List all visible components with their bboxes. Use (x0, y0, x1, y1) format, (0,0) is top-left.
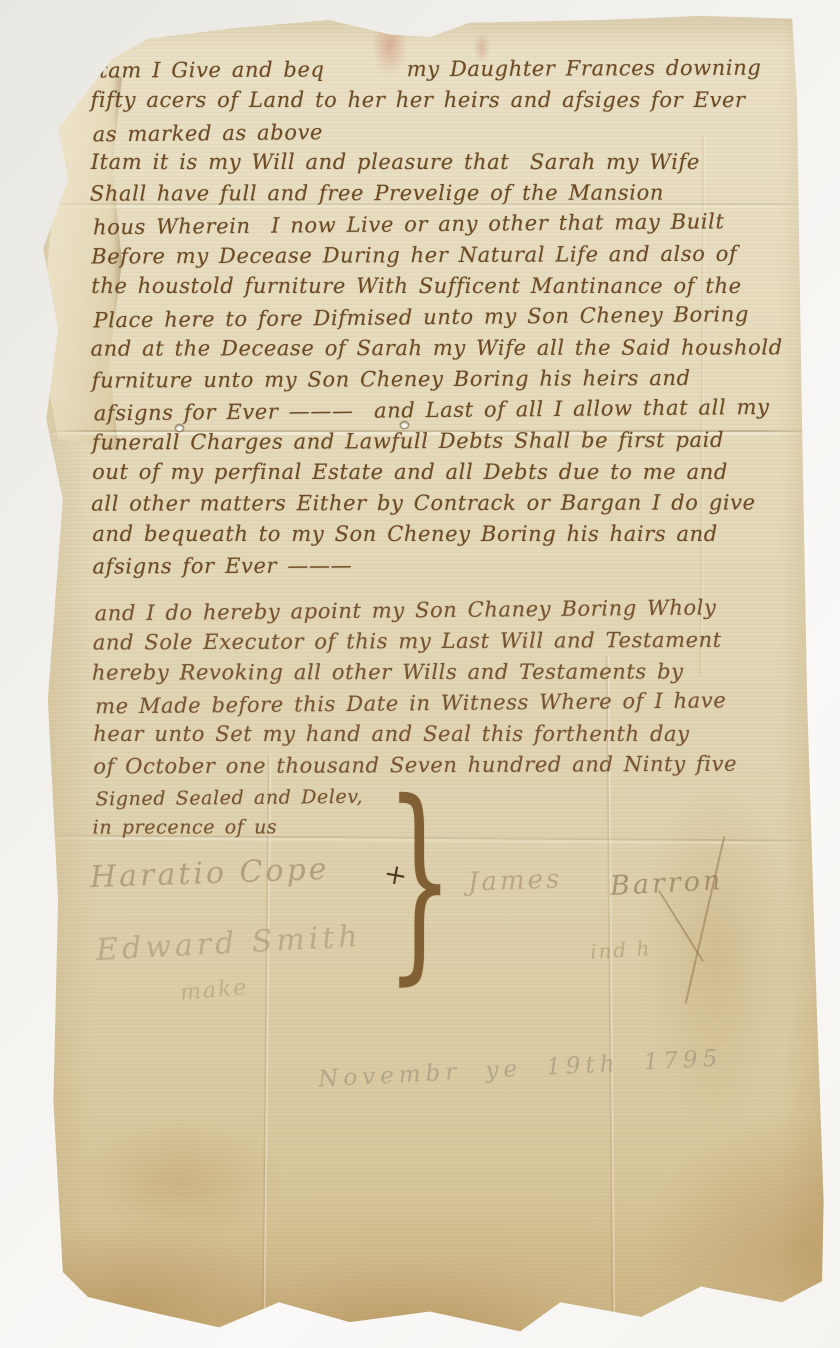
manuscript-line: afsigns for Ever ——— and Last of all I a… (94, 392, 800, 430)
docket-date-line: Novembr ye 19th 1795 (318, 1045, 723, 1092)
manuscript-line: as marked as above (92, 113, 798, 151)
manuscript-line: Itam I Give and beq my Daughter Frances … (90, 52, 796, 86)
manuscript-line: me Made before this Date in Witness Wher… (95, 685, 801, 723)
signature-first-name: James (468, 864, 563, 897)
manuscript-line: hear unto Set my hand and Seal this fort… (93, 719, 799, 750)
manuscript-line: and at the Decease of Sarah my Wife all … (91, 332, 797, 364)
document-scan: Itam I Give and beq my Daughter Frances … (0, 0, 840, 1348)
manuscript-line: all other matters Either by Contrack or … (91, 487, 797, 519)
faint-scribble: ind h (589, 936, 652, 964)
manuscript-line: and bequeath to my Son Cheney Boring his… (92, 519, 798, 550)
manuscript-line: out of my perfinal Estate and all Debts … (92, 457, 798, 488)
manuscript-line: Itam it is my Will and pleasure that Sar… (91, 147, 797, 178)
manuscript-line: Shall have full and free Prevelige of th… (90, 177, 796, 209)
witness-signature-2: Edward Smith (95, 919, 362, 968)
faint-scribble: make (179, 975, 249, 1006)
manuscript-paper: Itam I Give and beq my Daughter Frances … (40, 16, 826, 1338)
manuscript-line: Before my Decease During her Natural Lif… (91, 238, 797, 272)
manuscript-line: the houstold furniture With Sufficent Ma… (91, 271, 797, 302)
pen-flourish-stroke (658, 890, 704, 962)
manuscript-line: funerall Charges and Lawfull Debts Shall… (92, 424, 798, 458)
manuscript-line: hous Wherein I now Live or any other tha… (93, 206, 799, 244)
witness-signature-1: Haratio Cope (89, 852, 330, 895)
manuscript-line: fifty acers of Land to her her heirs and… (90, 85, 796, 116)
will-body-text: Itam I Give and beq my Daughter Frances … (90, 52, 799, 844)
manuscript-line: and I do hereby apoint my Son Chaney Bor… (95, 592, 801, 630)
pen-flourish-stroke (685, 836, 726, 1004)
manuscript-line: Place here to fore Difmised unto my Son … (93, 299, 799, 337)
manuscript-line: furniture unto my Son Cheney Boring his … (92, 362, 798, 396)
signature-surname: Barron (609, 865, 724, 902)
manuscript-line: afsigns for Ever ——— (92, 548, 798, 582)
manuscript-line: and Sole Executor of this my Last Will a… (93, 624, 799, 658)
manuscript-line: hereby Revoking all other Wills and Test… (92, 656, 798, 688)
